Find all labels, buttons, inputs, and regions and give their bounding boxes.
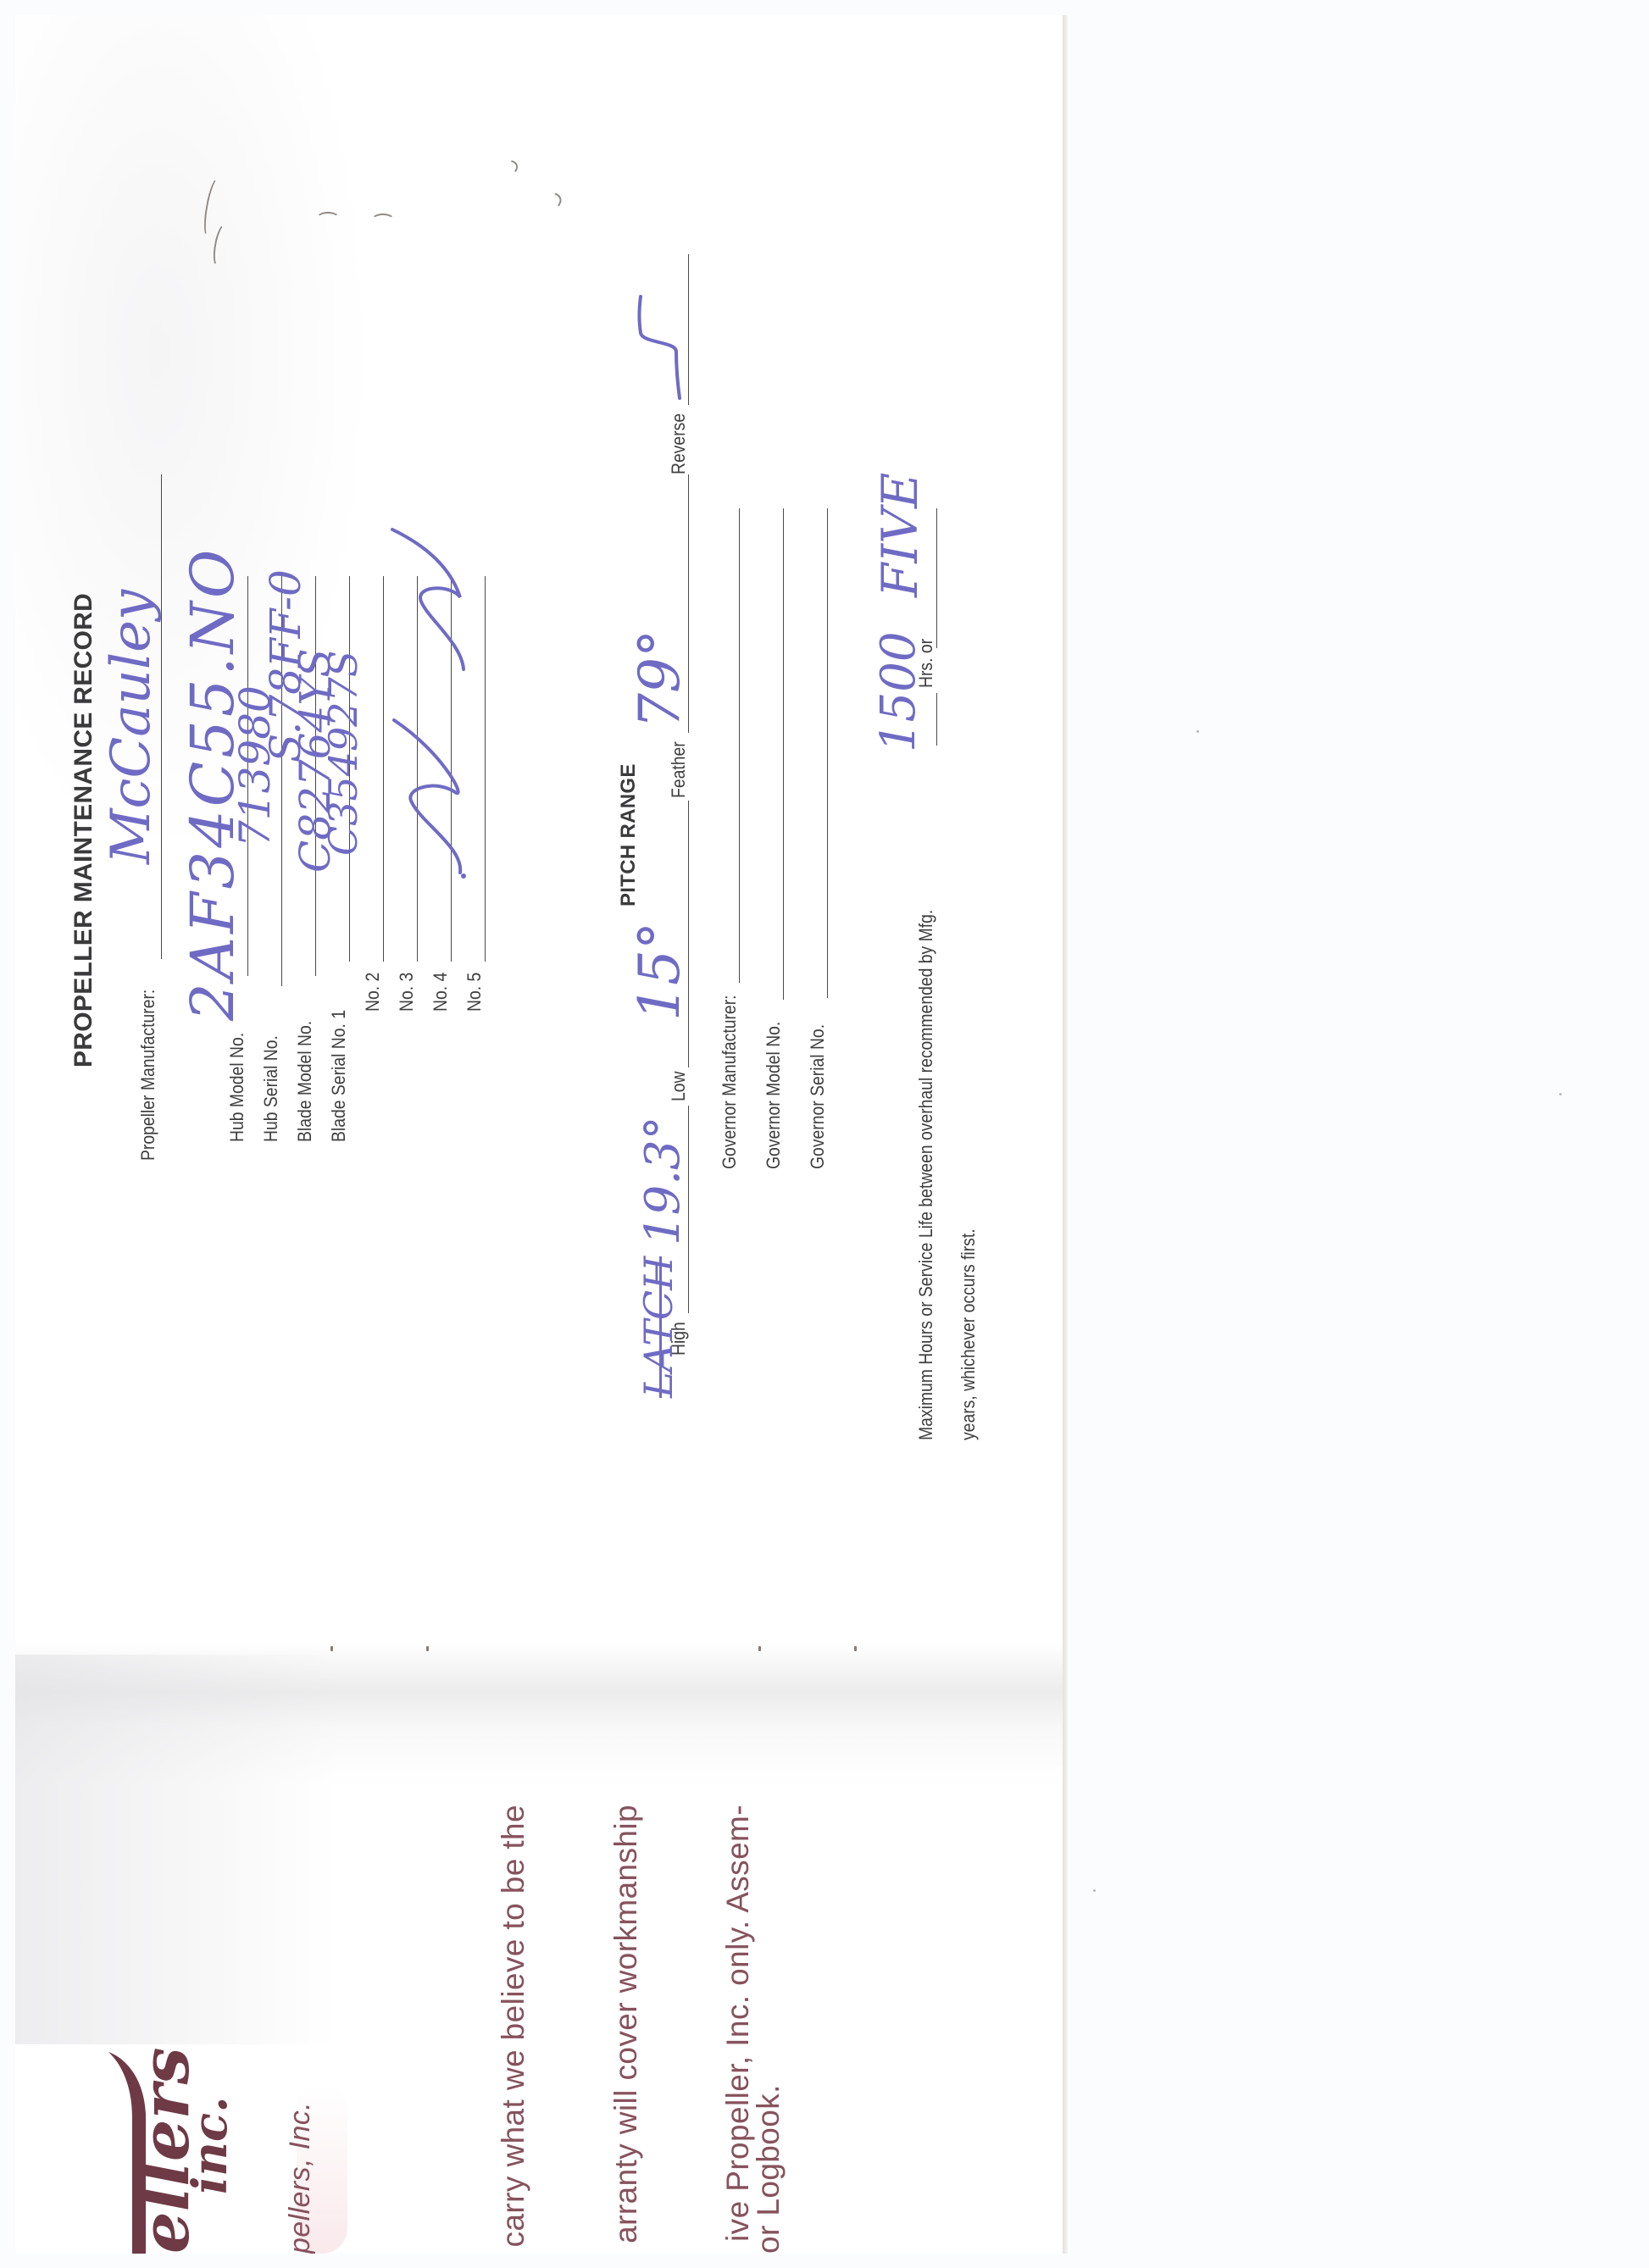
propeller-manufacturer-label: Propeller Manufacturer: [137, 990, 159, 1161]
reverse-dash-mark-icon [634, 292, 685, 402]
scan-speck [1559, 1093, 1562, 1095]
blade-model-label: Blade Model No. [294, 1021, 316, 1142]
overhaul-years-value[interactable]: FIVE [871, 473, 929, 597]
check-mark-icon [386, 525, 479, 678]
blade-serial-2-line [383, 576, 384, 962]
blade-serial-5-line [485, 576, 486, 962]
overhaul-text-end: years, whichever occurs first. [958, 1228, 980, 1440]
governor-manufacturer-line [739, 508, 740, 983]
blade-serial-2-label: No. 2 [362, 973, 384, 1012]
blade-serial-5-label: No. 5 [464, 973, 486, 1012]
overhaul-hrs-or-text: Hrs. or [915, 639, 937, 688]
governor-model-line [783, 508, 784, 1000]
scan-speck [1196, 730, 1199, 733]
form-title: PROPELLER MAINTENANCE RECORD [69, 593, 98, 1067]
logo-suffix-text: inc. [182, 2096, 238, 2194]
company-name-line: pellers, Inc. [284, 2102, 317, 2254]
staple-mark [371, 213, 395, 227]
overhaul-years-line [936, 508, 937, 648]
paragraph-line-4: or Logbook. [751, 2084, 786, 2254]
overhaul-hours-line [936, 693, 937, 746]
facing-page: ellers inc. pellers, Inc. carry what we … [0, 1576, 847, 2254]
paragraph-line-1: carry what we believe to be the [496, 1805, 531, 2247]
hub-serial-label: Hub Serial No. [260, 1035, 282, 1142]
staple-mark [522, 188, 564, 219]
propeller-manufacturer-value[interactable]: McCauley [100, 590, 163, 864]
pitch-reverse-label: Reverse [668, 413, 690, 474]
pitch-low-value[interactable]: 15° [627, 922, 692, 1021]
blade-serial-3-label: No. 3 [396, 973, 418, 1012]
check-mark-icon [386, 712, 479, 881]
governor-model-label: Governor Model No. [763, 1022, 785, 1169]
blade-serial-4-label: No. 4 [430, 973, 452, 1012]
governor-serial-label: Governor Serial No. [807, 1024, 829, 1169]
pitch-low-label: Low [668, 1071, 690, 1101]
pitch-feather-value[interactable]: 79° [627, 629, 692, 729]
blade-serial-1-label: Blade Serial No. 1 [328, 1010, 350, 1142]
staple-mark [316, 212, 340, 225]
pitch-range-heading: PITCH RANGE [617, 763, 641, 907]
pitch-reverse-line [688, 254, 689, 405]
governor-manufacturer-label: Governor Manufacturer: [719, 995, 741, 1169]
scan-speck [1093, 1889, 1096, 1892]
maintenance-record-form: PROPELLER MAINTENANCE RECORD Propeller M… [51, 254, 1000, 1440]
staple-mark [479, 155, 521, 187]
hub-model-label: Hub Model No. [226, 1033, 248, 1142]
pitch-feather-label: Feather [668, 741, 690, 798]
overhaul-text: Maximum Hours or Service Life between ov… [915, 910, 937, 1440]
pitch-high-override[interactable]: LATCH [636, 1256, 681, 1398]
paragraph-line-2: arranty will cover workmanship [608, 1805, 644, 2243]
stitch-hole [854, 1646, 857, 1651]
pitch-high-value[interactable]: 19.3° [636, 1116, 691, 1245]
governor-serial-line [827, 508, 828, 998]
page-edge [1063, 15, 1068, 2254]
blade-serial-2-value[interactable]: C354927S [320, 651, 366, 856]
